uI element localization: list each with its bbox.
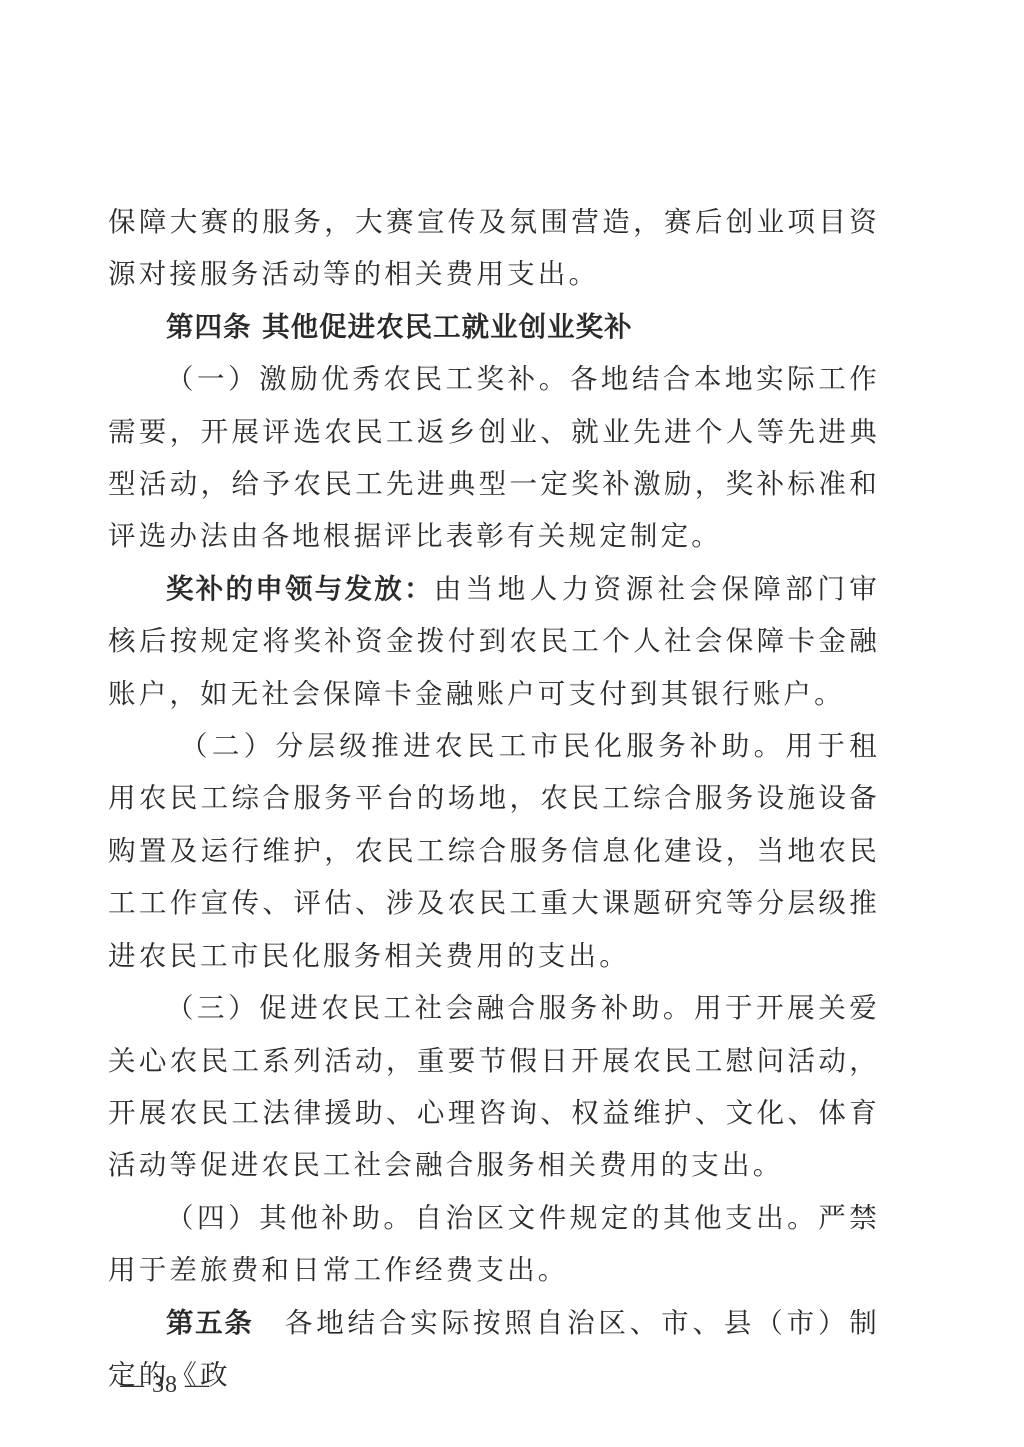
paragraph-item-4: （四）其他补助。自治区文件规定的其他支出。严禁用于差旅费和日常工作经费支出。 — [108, 1192, 880, 1297]
paragraph-item-1-payment: 奖补的申领与发放：由当地人力资源社会保障部门审核后按规定将奖补资金拨付到农民工个… — [108, 563, 880, 720]
document-page: 保障大赛的服务，大赛宣传及氛围营造，赛后创业项目资源对接服务活动等的相关费用支出… — [108, 196, 880, 1401]
payment-label: 奖补的申领与发放： — [166, 573, 434, 605]
paragraph-continuation: 保障大赛的服务，大赛宣传及氛围营造，赛后创业项目资源对接服务活动等的相关费用支出… — [108, 196, 880, 301]
paragraph-item-1: （一）激励优秀农民工奖补。各地结合本地实际工作需要，开展评选农民工返乡创业、就业… — [108, 353, 880, 563]
article-5-label: 第五条 — [166, 1307, 253, 1339]
article-4-label: 第四条 — [166, 311, 252, 343]
paragraph-item-3: （三）促进农民工社会融合服务补助。用于开展关爱关心农民工系列活动，重要节假日开展… — [108, 982, 880, 1192]
article-4-title: 其他促进农民工就业创业奖补 — [252, 311, 633, 343]
article-4-heading: 第四条 其他促进农民工就业创业奖补 — [108, 301, 880, 353]
page-number: — 38 — — [120, 1372, 210, 1399]
article-5: 第五条 各地结合实际按照自治区、市、县（市）制定的《政 — [108, 1297, 880, 1402]
paragraph-item-2: （二）分层级推进农民工市民化服务补助。用于租用农民工综合服务平台的场地，农民工综… — [108, 720, 880, 982]
